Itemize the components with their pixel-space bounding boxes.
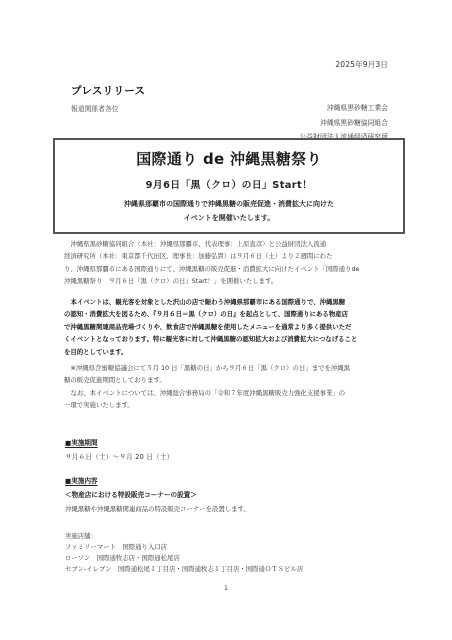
paragraph-line: 一環で実施いたします。	[64, 399, 394, 411]
store-item: セブン-イレブン 国際通松尾１丁目店・国際通牧志１丁目店・国際通ＯＴＳビル店	[65, 564, 303, 575]
release-date: 2025年9月3日	[335, 59, 388, 70]
paragraph-line: 沖縄黒糖祭り ９月６日『黒（クロ）の日』Start！」を開催いたします。	[64, 275, 394, 287]
main-title: 国際通り de 沖縄黒糖祭り	[55, 148, 403, 169]
content-subheading: ＜物産店における特設販売コーナーの設置＞	[65, 489, 197, 499]
store-list-label: 実施店舗：	[65, 531, 303, 542]
title-box: 国際通り de 沖縄黒糖祭り 9月6日「黒（クロ）の日」Start！ 沖縄県那覇…	[53, 138, 405, 234]
schedule-heading: ■実施期間	[65, 437, 98, 447]
paragraph-line: の認知・消費拡大を図るため、『９月６日＝黒（クロ）の日』を起点として、国際通りに…	[64, 308, 394, 320]
document-page: 2025年9月3日 プレスリリース 報道関係者各位 沖縄県黒砂糖工業会 沖縄県黒…	[0, 0, 452, 640]
paragraph-line: 糖の販売促進期間としております。	[64, 374, 394, 386]
content-heading: ■実施内容	[65, 475, 98, 485]
store-list: 実施店舗： ファミリーマート 国際通り入口店 ローソン 国際通牧志店・国際通松尾…	[65, 531, 303, 575]
store-item: ローソン 国際通牧志店・国際通松尾店	[65, 553, 303, 564]
organization-name: 沖縄県黒砂糖工業会	[300, 101, 388, 116]
lead-text: 沖縄県那覇市の国際通りで沖縄黒糖の販売促進・消費拡大に向けた イベントを開催いた…	[55, 197, 403, 225]
paragraph-line: なお、本イベントについては、沖縄総合事務局の「令和７年度沖縄黒糖販売力強化支援事…	[64, 387, 394, 399]
press-release-label: プレスリリース	[71, 83, 145, 98]
paragraph-line: くイベントとなっております。特に観光客に対して沖縄黒糖の認知拡大および消費拡大に…	[64, 333, 394, 345]
lead-line: イベントを開催いたします。	[55, 211, 403, 225]
paragraph-line: 経済研究所（本社：東京都千代田区、理事長：加藤弘貴）は９月６日（土）より２週間に…	[64, 250, 394, 262]
body-paragraph-purpose: 本イベントは、観光客を対象とした沢山の店で賑わう沖縄県那覇市にある国際通りで、沖…	[64, 296, 394, 358]
paragraph-line: 沖縄県黒砂糖協同組合（本社：沖縄県那覇市、代表理事：上原直彦）と公益財団法人流通	[64, 238, 394, 250]
paragraph-line: で沖縄黒糖関連商品売場づくりや、飲食店で沖縄黒糖を使用したメニューを通常より多く…	[64, 321, 394, 333]
paragraph-line: を目的としています。	[64, 346, 394, 358]
paragraph-line: 本イベントは、観光客を対象とした沢山の店で賑わう沖縄県那覇市にある国際通りで、沖…	[64, 296, 394, 308]
paragraph-line: り、沖縄県那覇市にある国際通りにて、沖縄黒糖の販売促進・消費拡大に向けたイベント…	[64, 263, 394, 275]
addressee: 報道関係者各位	[71, 103, 119, 113]
sub-title: 9月6日「黒（クロ）の日」Start！	[55, 177, 403, 191]
page-number: 1	[0, 584, 452, 592]
paragraph-line: ※沖縄県含蜜糖協議会にて５月 10 日「黒糖の日」から９月６日「黒（クロ）の日」…	[64, 362, 394, 374]
organization-name: 沖縄県黒砂糖協同組合	[300, 116, 388, 131]
schedule-value: ９月６日（土）～９月 20 日（土）	[65, 451, 174, 461]
content-description: 沖縄黒糖や沖縄黒糖関連商品の特設販売コーナーを設置します。	[65, 504, 250, 513]
body-paragraph-intro: 沖縄県黒砂糖協同組合（本社：沖縄県那覇市、代表理事：上原直彦）と公益財団法人流通…	[64, 238, 394, 288]
lead-line: 沖縄県那覇市の国際通りで沖縄黒糖の販売促進・消費拡大に向けた	[55, 197, 403, 211]
body-paragraph-notes: ※沖縄県含蜜糖協議会にて５月 10 日「黒糖の日」から９月６日「黒（クロ）の日」…	[64, 362, 394, 412]
store-item: ファミリーマート 国際通り入口店	[65, 542, 303, 553]
